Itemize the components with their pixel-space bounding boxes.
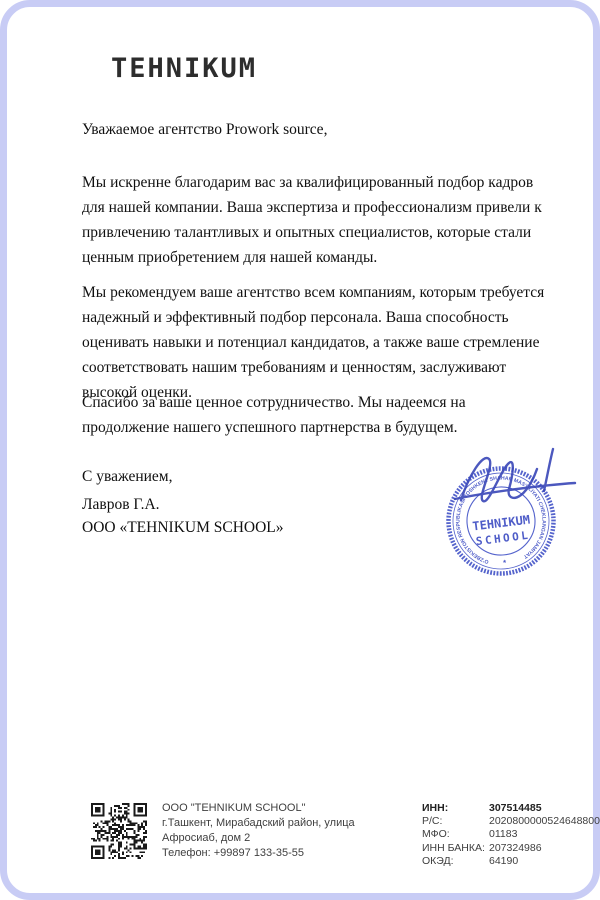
letter-paragraph: Спасибо за ваше ценное сотрудничество. М… <box>82 390 552 440</box>
detail-value: 01183 <box>489 828 600 841</box>
detail-label: МФО: <box>422 828 489 841</box>
detail-value: 207324986 <box>489 842 600 855</box>
detail-label: ИНН БАНКА: <box>422 842 489 855</box>
letter-paragraph: Мы искренне благодарим вас за квалифицир… <box>82 170 552 270</box>
salutation: Уважаемое агентство Prowork source, <box>82 117 552 142</box>
detail-label: Р/С: <box>422 815 489 828</box>
footer-address-line1: г.Ташкент, Мирабадский район, улица <box>162 816 355 831</box>
footer-company-info: OOO "TEHNIKUM SCHOOL" г.Ташкент, Мирабад… <box>162 801 355 861</box>
letter-sheet: TEHNIKUM Уважаемое агентство Prowork sou… <box>0 0 600 900</box>
footer-bank-details: ИНН: 307514485 Р/С: 20208000005246488001… <box>422 802 600 868</box>
detail-value: 307514485 <box>489 802 600 815</box>
stamp-star: * <box>503 558 508 567</box>
letter-paragraph: Мы рекомендуем ваше агентство всем компа… <box>82 280 552 405</box>
qr-code <box>91 803 147 859</box>
footer-address-line2: Афросиаб, дом 2 <box>162 831 355 846</box>
handwritten-signature <box>449 445 579 515</box>
detail-label: ИНН: <box>422 802 489 815</box>
detail-value: 20208000005246488001 <box>489 815 600 828</box>
footer-company-name: OOO "TEHNIKUM SCHOOL" <box>162 801 355 816</box>
detail-label: ОКЭД: <box>422 855 489 868</box>
footer-phone: Телефон: +99897 133-35-55 <box>162 846 355 861</box>
company-logo: TEHNIKUM <box>111 53 257 84</box>
detail-value: 64190 <box>489 855 600 868</box>
